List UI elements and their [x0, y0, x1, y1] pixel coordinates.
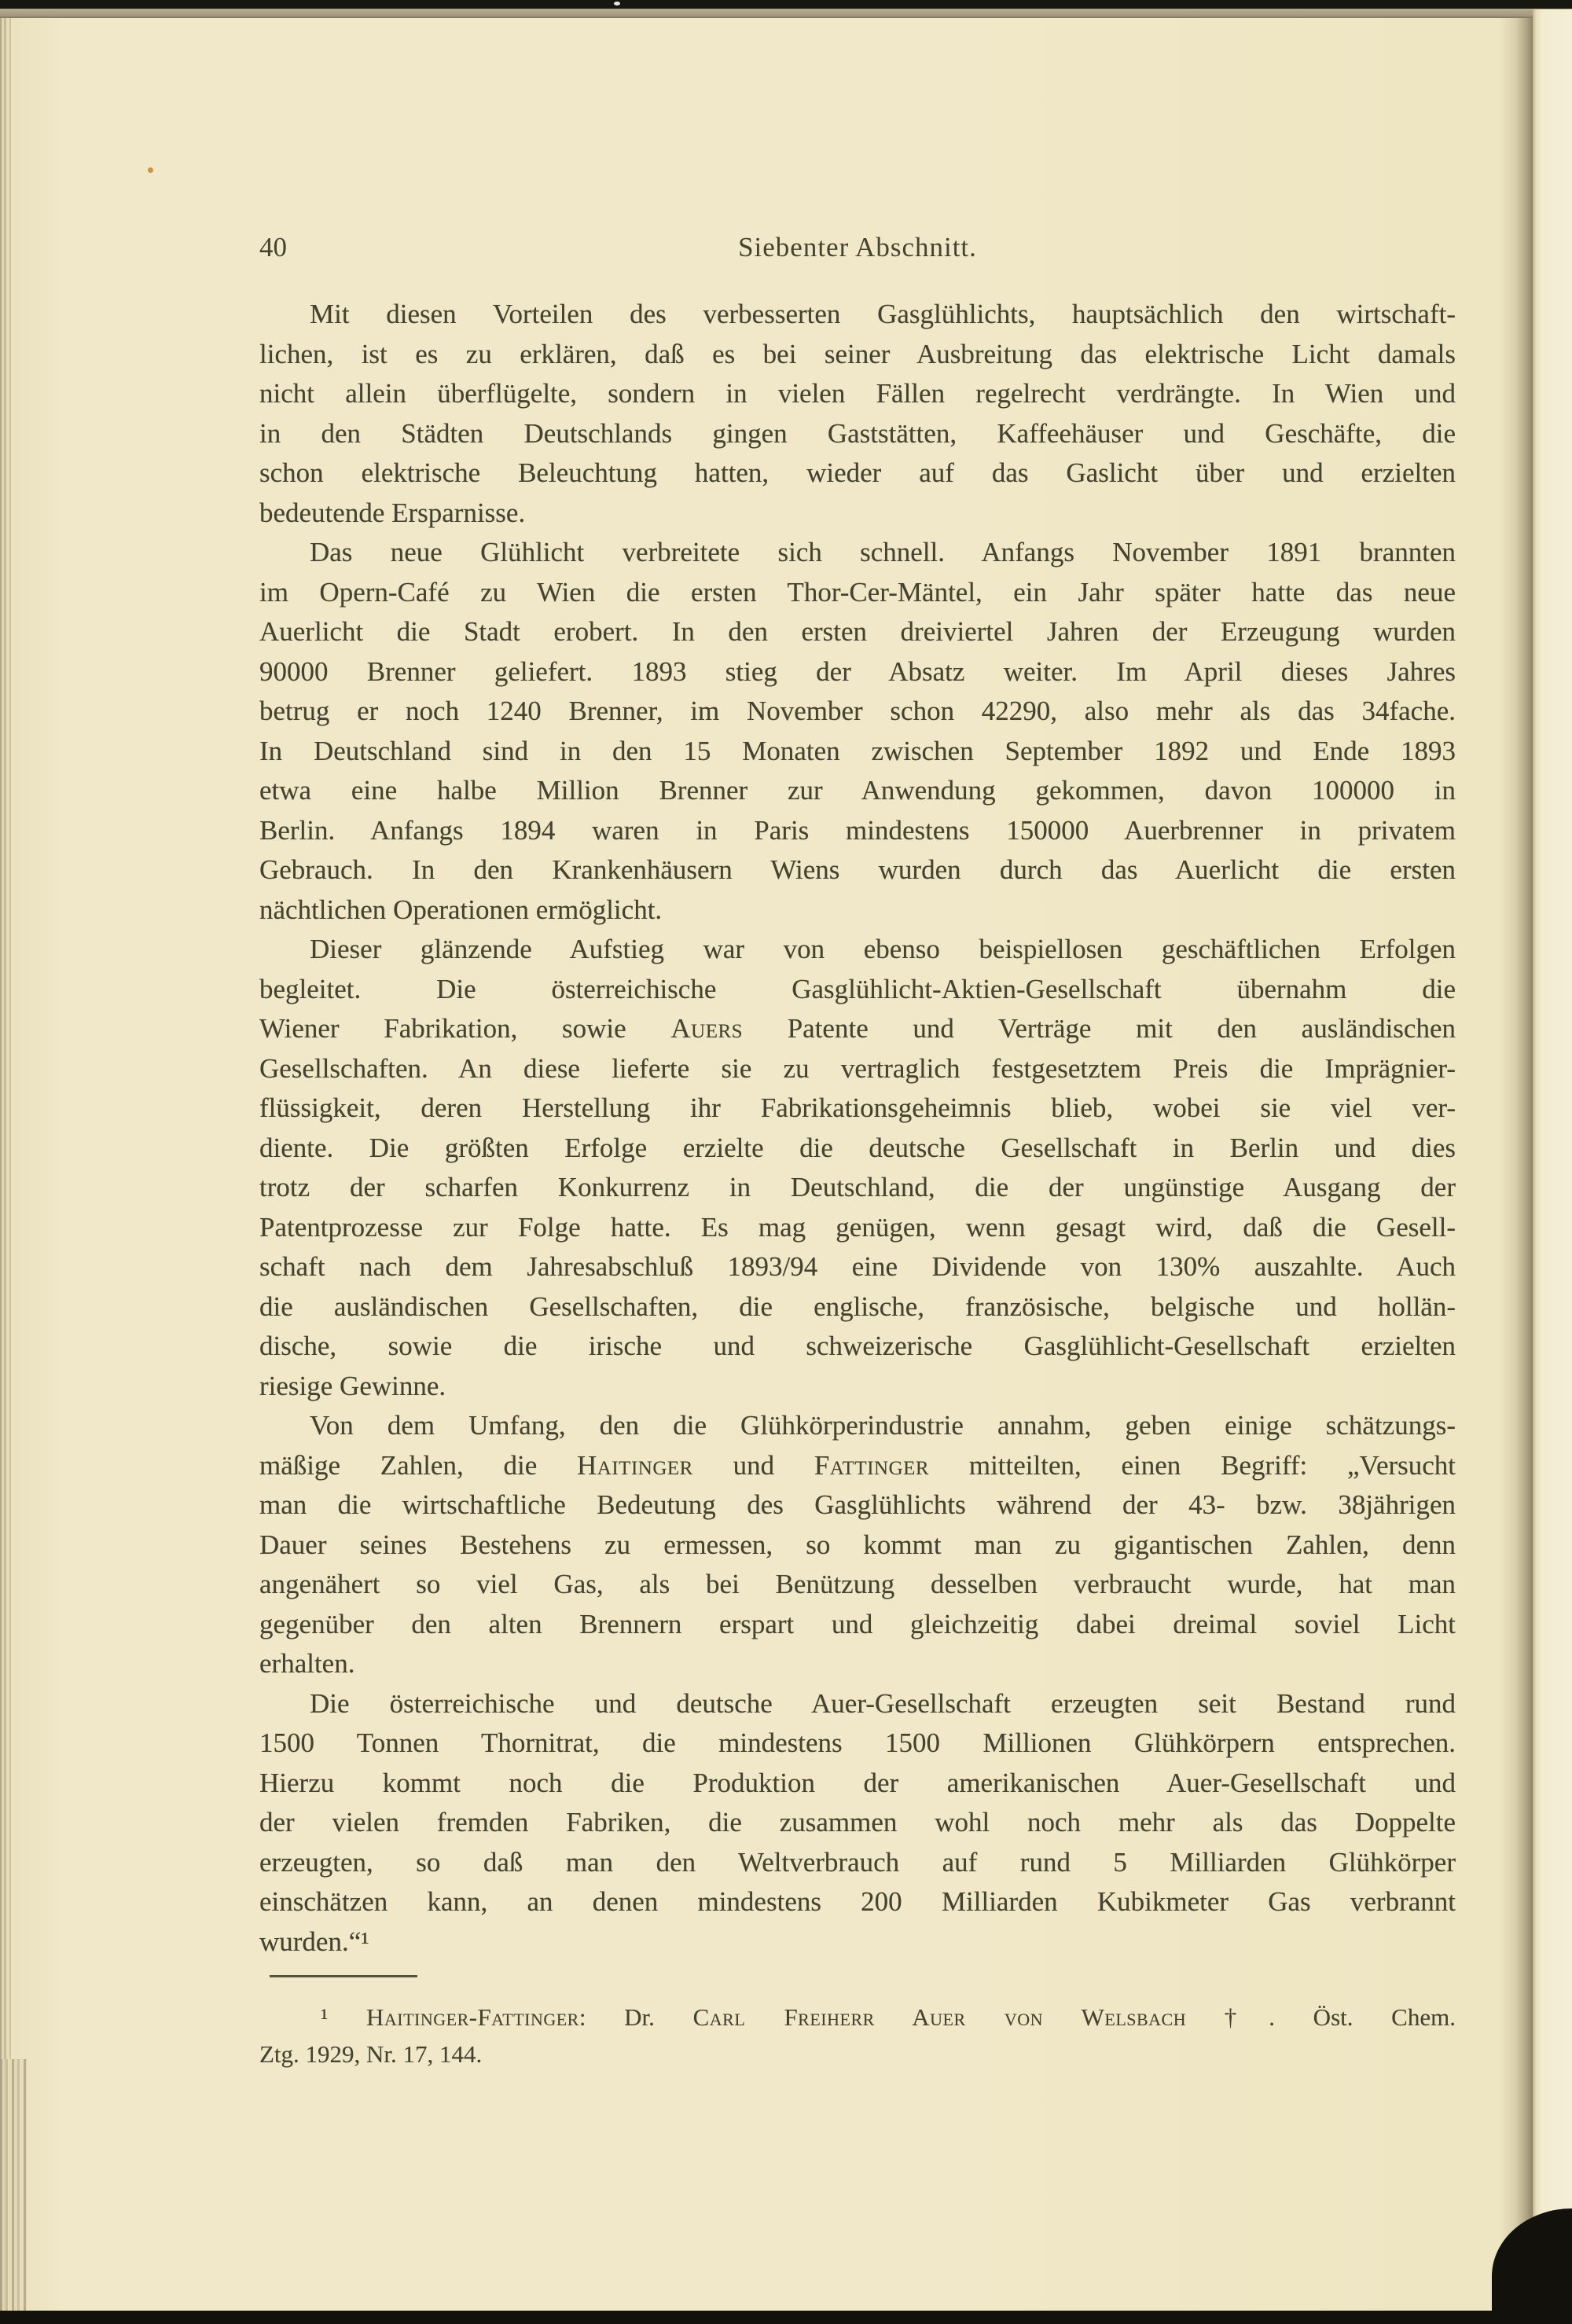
- text-segment: Gesellschaften. An diese lieferte sie zu…: [259, 1053, 1456, 1084]
- body-text-line: flüssigkeit, deren Herstellung ihr Fabri…: [259, 1089, 1456, 1129]
- body-text-line: Dauer seines Bestehens zu ermessen, so k…: [259, 1525, 1456, 1566]
- text-segment: 1500 Tonnen Thornitrat, die mindestens 1…: [259, 1727, 1456, 1758]
- body-text-line: einschätzen kann, an denen mindestens 20…: [259, 1882, 1456, 1922]
- text-segment: Patente und Verträge mit den ausländisch…: [743, 1013, 1456, 1044]
- text-segment: mäßige Zahlen, die: [259, 1450, 577, 1481]
- text-segment: lichen, ist es zu erklären, daß es bei s…: [259, 339, 1456, 369]
- text-segment: Hierzu kommt noch die Produktion der ame…: [259, 1768, 1456, 1798]
- photo-top-edge: [0, 0, 1572, 9]
- body-text-line: nächtlichen Operationen ermöglicht.: [259, 890, 1456, 931]
- text-segment: Mit diesen Vorteilen des verbesserten Ga…: [310, 299, 1456, 329]
- small-caps-name: Carl Freiherr Auer von Welsbach: [693, 2003, 1187, 2031]
- text-segment: Berlin. Anfangs 1894 waren in Paris mind…: [259, 815, 1456, 846]
- page-stack-left: [0, 18, 14, 2312]
- paragraph-5: Die österreichische und deutsche Auer-Ge…: [259, 1684, 1456, 1962]
- body-text-line: diente. Die größten Erfolge erzielte die…: [259, 1129, 1456, 1169]
- text-segment: ¹: [321, 2003, 366, 2031]
- body-text-line: betrug er noch 1240 Brenner, im November…: [259, 692, 1456, 732]
- text-segment: nicht allein überflügelte, sondern in vi…: [259, 378, 1456, 409]
- running-head: Siebenter Abschnitt.: [259, 232, 1456, 263]
- text-segment: erhalten.: [259, 1648, 354, 1679]
- text-segment: flüssigkeit, deren Herstellung ihr Fabri…: [259, 1092, 1456, 1123]
- text-segment: man die wirtschaftliche Bedeutung des Ga…: [259, 1489, 1456, 1520]
- paragraph-2: Das neue Glühlicht verbreitete sich schn…: [259, 533, 1456, 930]
- small-caps-name: Auers: [670, 1013, 743, 1044]
- body-text-line: etwa eine halbe Million Brenner zur Anwe…: [259, 771, 1456, 811]
- text-segment: trotz der scharfen Konkurrenz in Deutsch…: [259, 1172, 1456, 1202]
- text-segment: der vielen fremden Fabriken, die zusamme…: [259, 1807, 1456, 1838]
- body-text-line: in den Städten Deutschlands gingen Gasts…: [259, 414, 1456, 454]
- text-segment: Dieser glänzende Aufstieg war von ebenso…: [310, 934, 1456, 964]
- body-text-line: nicht allein überflügelte, sondern in vi…: [259, 374, 1456, 414]
- text-segment: bedeutende Ersparnisse.: [259, 497, 525, 528]
- body-text-line: erhalten.: [259, 1644, 1456, 1684]
- footnote-text-line: Ztg. 1929, Nr. 17, 144.: [259, 2036, 1456, 2073]
- text-segment: die ausländischen Gesellschaften, die en…: [259, 1291, 1456, 1322]
- text-segment: †. Öst. Chem.: [1186, 2003, 1456, 2031]
- text-segment: mitteilten, einen Begriff: „Versucht: [929, 1450, 1456, 1481]
- text-segment: In Deutschland sind in den 15 Monaten zw…: [259, 736, 1456, 766]
- body-text-line: trotz der scharfen Konkurrenz in Deutsch…: [259, 1168, 1456, 1208]
- text-segment: gegenüber den alten Brennern erspart und…: [259, 1609, 1456, 1639]
- text-segment: riesige Gewinne.: [259, 1371, 446, 1401]
- text-segment: Die österreichische und deutsche Auer-Ge…: [310, 1688, 1456, 1719]
- text-segment: : Dr.: [579, 2003, 693, 2031]
- dust-speck-white: [614, 2, 620, 6]
- text-segment: Gebrauch. In den Krankenhäusern Wiens wu…: [259, 854, 1456, 885]
- next-page-edge: [1533, 9, 1572, 2271]
- body-text-line: im Opern-Café zu Wien die ersten Thor-Ce…: [259, 573, 1456, 613]
- body-text-line: mäßige Zahlen, die Haitinger und Fatting…: [259, 1446, 1456, 1486]
- text-segment: etwa eine halbe Million Brenner zur Anwe…: [259, 775, 1456, 806]
- body-text-line: Hierzu kommt noch die Produktion der ame…: [259, 1764, 1456, 1804]
- text-segment: schon elektrische Beleuchtung hatten, wi…: [259, 457, 1456, 488]
- small-caps-name: Haitinger: [577, 1450, 693, 1481]
- body-text-line: die ausländischen Gesellschaften, die en…: [259, 1287, 1456, 1327]
- body-text-line: schaft nach dem Jahresabschluß 1893/94 e…: [259, 1247, 1456, 1287]
- body-text-line: Dieser glänzende Aufstieg war von ebenso…: [259, 930, 1456, 970]
- footnote-separator: [270, 1975, 417, 1977]
- body-text-line: Die österreichische und deutsche Auer-Ge…: [259, 1684, 1456, 1724]
- photo-bottom-edge: [0, 2311, 1572, 2324]
- body-text-line: Berlin. Anfangs 1894 waren in Paris mind…: [259, 811, 1456, 851]
- paragraph-4: Von dem Umfang, den die Glühkörperindust…: [259, 1406, 1456, 1684]
- body-text-line: Von dem Umfang, den die Glühkörperindust…: [259, 1406, 1456, 1446]
- text-segment: dische, sowie die irische und schweizeri…: [259, 1331, 1456, 1361]
- body-text-line: angenähert so viel Gas, als bei Benützun…: [259, 1565, 1456, 1605]
- text-segment: Ztg. 1929, Nr. 17, 144.: [259, 2040, 482, 2068]
- text-segment: wurden.“¹: [259, 1926, 369, 1957]
- body-text-line: Gesellschaften. An diese lieferte sie zu…: [259, 1049, 1456, 1089]
- body-text-line: 1500 Tonnen Thornitrat, die mindestens 1…: [259, 1724, 1456, 1764]
- text-segment: und: [693, 1450, 814, 1481]
- body-text-line: riesige Gewinne.: [259, 1367, 1456, 1407]
- body-text: Mit diesen Vorteilen des verbesserten Ga…: [259, 295, 1456, 1962]
- body-text-line: Wiener Fabrikation, sowie Auers Patente …: [259, 1009, 1456, 1049]
- text-segment: schaft nach dem Jahresabschluß 1893/94 e…: [259, 1251, 1456, 1282]
- page-crease-right: [1500, 18, 1533, 2312]
- body-text-line: schon elektrische Beleuchtung hatten, wi…: [259, 453, 1456, 494]
- text-segment: begleitet. Die österreichische Gasglühli…: [259, 974, 1456, 1004]
- text-segment: in den Städten Deutschlands gingen Gasts…: [259, 418, 1456, 449]
- body-text-line: 90000 Brenner geliefert. 1893 stieg der …: [259, 652, 1456, 692]
- body-text-line: Gebrauch. In den Krankenhäusern Wiens wu…: [259, 850, 1456, 890]
- text-segment: im Opern-Café zu Wien die ersten Thor-Ce…: [259, 577, 1456, 608]
- paragraph-3: Dieser glänzende Aufstieg war von ebenso…: [259, 930, 1456, 1406]
- text-segment: einschätzen kann, an denen mindestens 20…: [259, 1886, 1456, 1917]
- body-text-line: wurden.“¹: [259, 1922, 1456, 1962]
- footnote-text: ¹ Haitinger-Fattinger: Dr. Carl Freiherr…: [259, 1999, 1456, 2073]
- body-text-line: dische, sowie die irische und schweizeri…: [259, 1327, 1456, 1367]
- small-caps-name: Haitinger-Fattinger: [366, 2003, 579, 2031]
- book-top-edge: [0, 9, 1572, 18]
- text-segment: 90000 Brenner geliefert. 1893 stieg der …: [259, 656, 1456, 687]
- text-segment: betrug er noch 1240 Brenner, im November…: [259, 696, 1456, 726]
- body-text-line: der vielen fremden Fabriken, die zusamme…: [259, 1803, 1456, 1843]
- book-scan-photo: 40 Siebenter Abschnitt. Mit diesen Vorte…: [0, 0, 1572, 2324]
- body-text-line: Mit diesen Vorteilen des verbesserten Ga…: [259, 295, 1456, 335]
- body-text-line: Das neue Glühlicht verbreitete sich schn…: [259, 533, 1456, 573]
- body-text-line: gegenüber den alten Brennern erspart und…: [259, 1605, 1456, 1645]
- body-text-line: Patentprozesse zur Folge hatte. Es mag g…: [259, 1208, 1456, 1248]
- page-stack-left-bottom: [0, 2059, 27, 2312]
- small-caps-name: Fattinger: [814, 1450, 929, 1481]
- text-segment: nächtlichen Operationen ermöglicht.: [259, 894, 662, 925]
- body-text-line: bedeutende Ersparnisse.: [259, 494, 1456, 534]
- text-segment: angenähert so viel Gas, als bei Benützun…: [259, 1569, 1456, 1599]
- text-segment: Patentprozesse zur Folge hatte. Es mag g…: [259, 1212, 1456, 1243]
- text-segment: Wiener Fabrikation, sowie: [259, 1013, 670, 1044]
- body-text-line: erzeugten, so daß man den Weltverbrauch …: [259, 1843, 1456, 1883]
- paragraph-1: Mit diesen Vorteilen des verbesserten Ga…: [259, 295, 1456, 533]
- body-text-line: man die wirtschaftliche Bedeutung des Ga…: [259, 1485, 1456, 1525]
- text-segment: Von dem Umfang, den die Glühkörperindust…: [310, 1410, 1456, 1441]
- body-text-line: begleitet. Die österreichische Gasglühli…: [259, 970, 1456, 1010]
- page-header: 40 Siebenter Abschnitt.: [259, 232, 1456, 268]
- text-segment: Auerlicht die Stadt erobert. In den erst…: [259, 616, 1456, 647]
- text-segment: diente. Die größten Erfolge erzielte die…: [259, 1133, 1456, 1163]
- text-segment: erzeugten, so daß man den Weltverbrauch …: [259, 1847, 1456, 1878]
- dust-speck-orange: [148, 167, 153, 173]
- footnote-text-line: ¹ Haitinger-Fattinger: Dr. Carl Freiherr…: [259, 1999, 1456, 2036]
- body-text-line: In Deutschland sind in den 15 Monaten zw…: [259, 732, 1456, 772]
- body-text-line: lichen, ist es zu erklären, daß es bei s…: [259, 335, 1456, 375]
- body-text-line: Auerlicht die Stadt erobert. In den erst…: [259, 612, 1456, 652]
- text-segment: Dauer seines Bestehens zu ermessen, so k…: [259, 1529, 1456, 1560]
- text-segment: Das neue Glühlicht verbreitete sich schn…: [310, 537, 1456, 567]
